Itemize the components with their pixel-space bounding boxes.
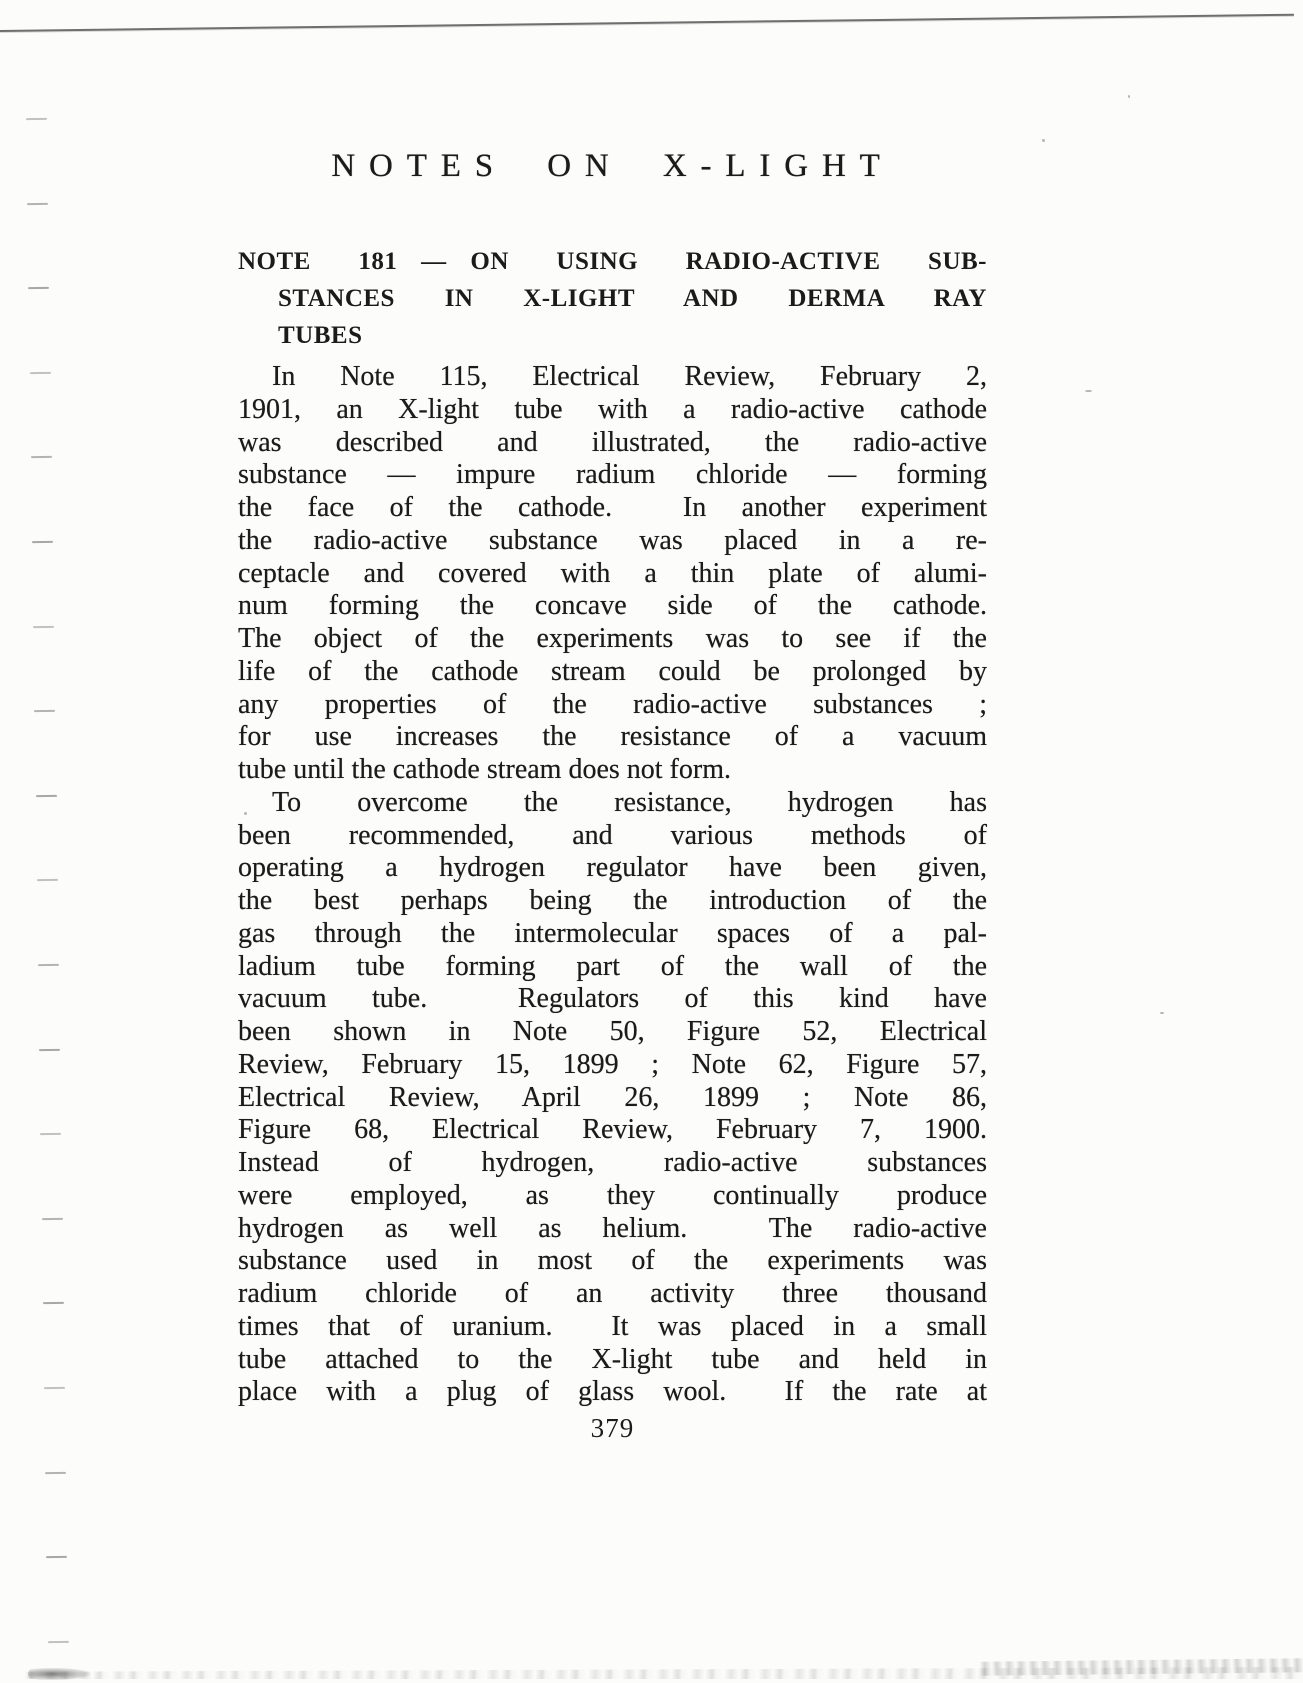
text-line: hydrogen as well as helium. The radio-ac… (238, 1213, 987, 1246)
margin-mark-artifact (31, 456, 52, 458)
note-heading-line: TUBES (278, 317, 987, 354)
text-line: substance used in most of the experiment… (238, 1245, 987, 1278)
text-line: In Note 115, Electrical Review, February… (238, 361, 987, 394)
margin-mark-artifact (40, 1133, 61, 1135)
scan-speck-artifact (1042, 139, 1045, 142)
text-line: times that of uranium. It was placed in … (238, 1311, 987, 1344)
margin-mark-artifact (37, 879, 58, 881)
text-line: substance — impure radium chloride — for… (238, 459, 987, 492)
scan-speck-artifact (1128, 95, 1130, 98)
margin-mark-artifact (26, 118, 47, 120)
scan-speck-artifact (1160, 1012, 1164, 1014)
text-line: tube until the cathode stream does not f… (238, 754, 987, 787)
page-top-rule-artifact (0, 14, 1294, 32)
margin-mark-artifact (32, 541, 53, 543)
text-line: 1901, an X-light tube with a radio-activ… (238, 394, 987, 427)
text-line: The object of the experiments was to see… (238, 623, 987, 656)
margin-mark-artifact (39, 1049, 60, 1051)
text-line: were employed, as they continually produ… (238, 1180, 987, 1213)
body-text: In Note 115, Electrical Review, February… (238, 361, 987, 1409)
text-line: ladium tube forming part of the wall of … (238, 951, 987, 984)
margin-mark-artifact (44, 1387, 65, 1389)
margin-mark-artifact (30, 372, 51, 374)
margin-mark-artifact (36, 795, 57, 797)
text-line: Electrical Review, April 26, 1899 ; Note… (238, 1082, 987, 1115)
text-line: ceptacle and covered with a thin plate o… (238, 558, 987, 591)
text-line: life of the cathode stream could be prol… (238, 656, 987, 689)
text-line: the best perhaps being the introduction … (238, 885, 987, 918)
note-heading-line: NOTE 181 — ON USING RADIO-ACTIVE SUB- (238, 243, 987, 280)
margin-mark-artifact (33, 626, 54, 628)
text-line: was described and illustrated, the radio… (238, 427, 987, 460)
text-line: been shown in Note 50, Figure 52, Electr… (238, 1016, 987, 1049)
text-line: any properties of the radio-active subst… (238, 689, 987, 722)
text-line: tube attached to the X-light tube and he… (238, 1344, 987, 1377)
margin-mark-artifact (27, 203, 48, 205)
text-line: vacuum tube. Regulators of this kind hav… (238, 983, 987, 1016)
scanned-book-page: NOTES ON X-LIGHT NOTE 181 — ON USING RAD… (0, 0, 1303, 1683)
text-line: Figure 68, Electrical Review, February 7… (238, 1114, 987, 1147)
text-line: gas through the intermolecular spaces of… (238, 918, 987, 951)
text-line: operating a hydrogen regulator have been… (238, 852, 987, 885)
text-line: place with a plug of glass wool. If the … (238, 1376, 987, 1409)
margin-mark-artifact (38, 964, 59, 966)
margin-mark-artifact (42, 1218, 63, 1220)
margin-mark-artifact (45, 1472, 66, 1474)
scan-speck-artifact (244, 812, 247, 815)
margin-mark-artifact (28, 287, 49, 289)
text-line: To overcome the resistance, hydrogen has (238, 787, 987, 820)
page-number: 379 (238, 1413, 987, 1444)
margin-mark-artifact (48, 1641, 69, 1643)
margin-mark-artifact (43, 1302, 64, 1304)
text-line: radium chloride of an activity three tho… (238, 1278, 987, 1311)
margin-mark-artifact (34, 710, 55, 712)
note-heading: NOTE 181 — ON USING RADIO-ACTIVE SUB-STA… (238, 243, 987, 354)
text-line: num forming the concave side of the cath… (238, 590, 987, 623)
note-heading-line: STANCES IN X-LIGHT AND DERMA RAY (278, 280, 987, 317)
page-title: NOTES ON X-LIGHT (238, 148, 987, 185)
bottom-left-smudge-artifact (28, 1668, 90, 1680)
text-line: Instead of hydrogen, radio-active substa… (238, 1147, 987, 1180)
margin-mark-artifact (46, 1556, 67, 1558)
text-line: Review, February 15, 1899 ; Note 62, Fig… (238, 1049, 987, 1082)
scan-speck-artifact (1085, 390, 1092, 392)
text-line: the radio-active substance was placed in… (238, 525, 987, 558)
text-line: been recommended, and various methods of (238, 820, 987, 853)
text-line: for use increases the resistance of a va… (238, 721, 987, 754)
text-line: the face of the cathode. In another expe… (238, 492, 987, 525)
